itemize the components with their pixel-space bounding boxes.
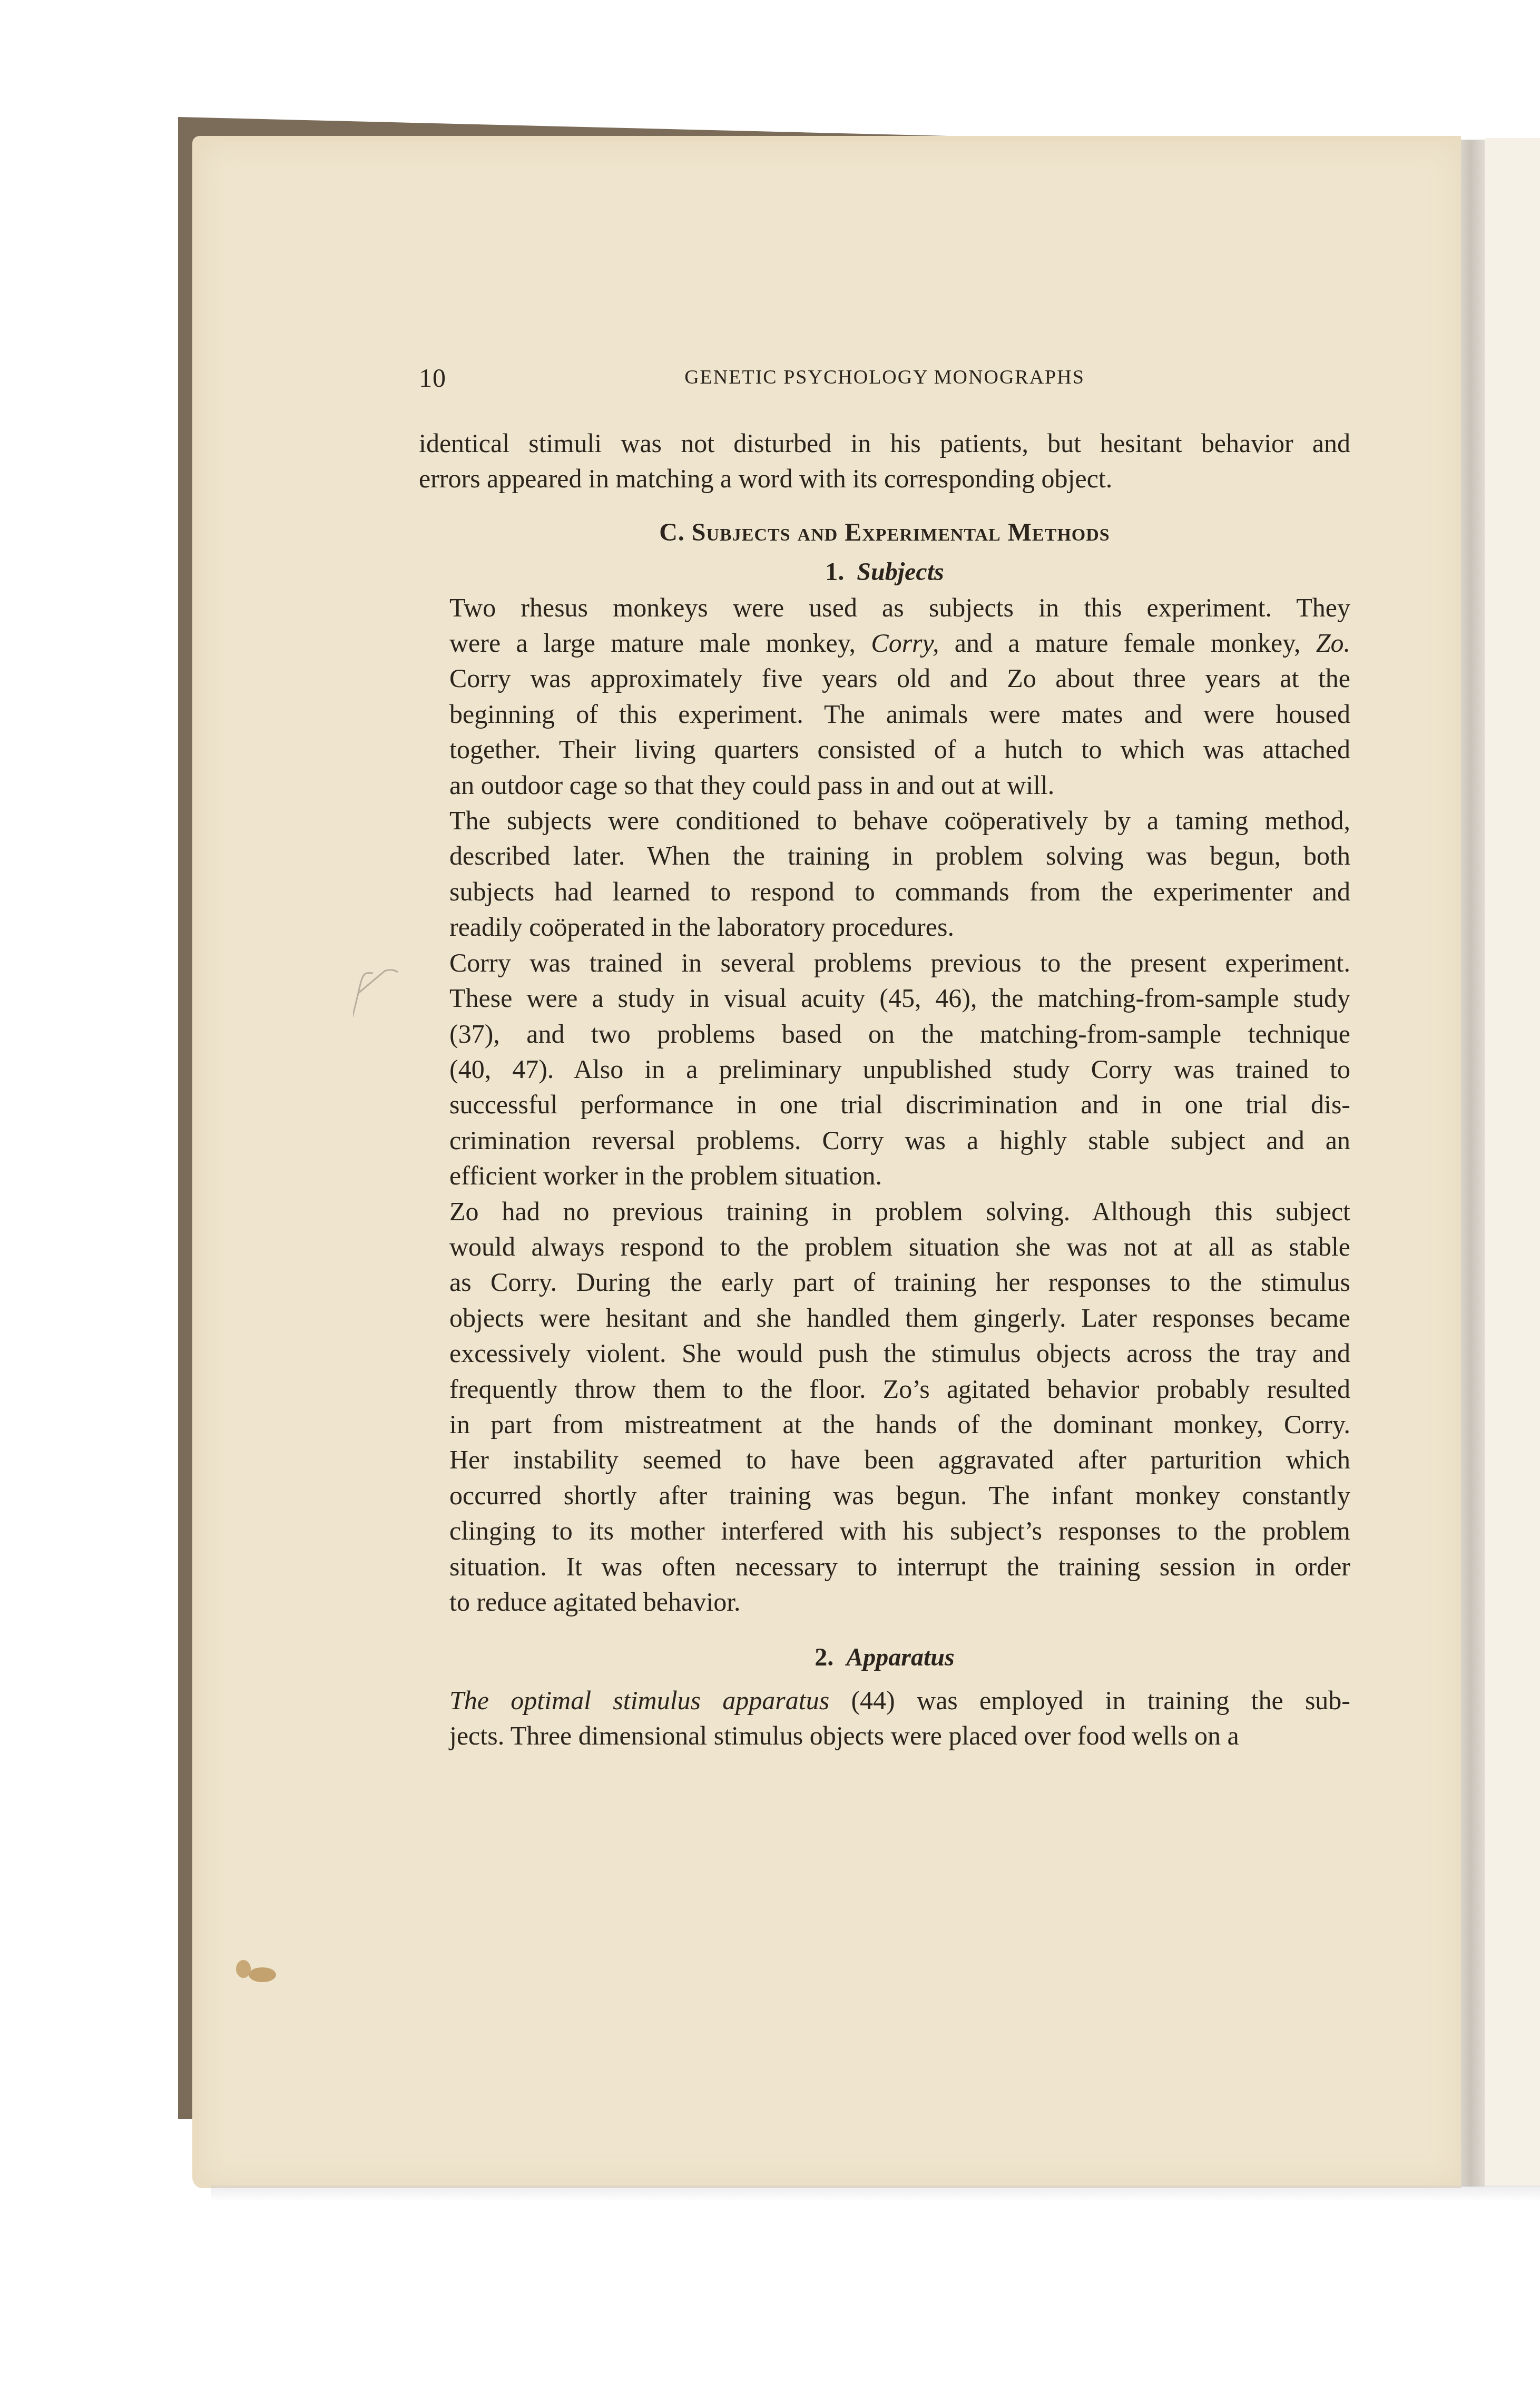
apparatus-paragraphs: The optimal stimulus apparatus (44) was …	[419, 1683, 1350, 1754]
text-line: would always respond to the problem situ…	[419, 1229, 1350, 1265]
intro-paragraph: identical stimuli was not disturbed in h…	[419, 426, 1350, 497]
subsection-heading-subjects: 1. Subjects	[419, 554, 1350, 590]
text-line: The subjects were conditioned to behave …	[419, 803, 1350, 838]
text-line: Zo had no previous training in problem s…	[419, 1194, 1350, 1229]
text-line: successful performance in one trial disc…	[419, 1087, 1350, 1122]
journal-title: GENETIC PSYCHOLOGY MONOGRAPHS	[419, 366, 1350, 389]
page-right-edge	[1485, 138, 1540, 2187]
text-line: as Corry. During the early part of train…	[419, 1265, 1350, 1300]
paragraph: Zo had no previous training in problem s…	[419, 1194, 1350, 1620]
text-line: crimination reversal problems. Corry was…	[419, 1123, 1350, 1158]
subsection-title: Apparatus	[846, 1643, 954, 1671]
text-line: situation. It was often necessary to int…	[419, 1549, 1350, 1584]
text-line: (37), and two problems based on the matc…	[419, 1016, 1350, 1052]
text-line: These were a study in visual acuity (45,…	[419, 981, 1350, 1016]
text-line: readily coöperated in the laboratory pro…	[419, 909, 1350, 945]
text-line: Corry was approximately five years old a…	[419, 661, 1350, 696]
text-line: errors appeared in matching a word with …	[419, 461, 1350, 496]
stain-spot	[232, 1957, 285, 1986]
paragraph: Two rhesus monkeys were used as subjects…	[419, 590, 1350, 803]
text-line: Corry was trained in several problems pr…	[419, 945, 1350, 981]
text-line: identical stimuli was not disturbed in h…	[419, 426, 1350, 461]
text-line: objects were hesitant and she handled th…	[419, 1300, 1350, 1336]
text-line: The optimal stimulus apparatus (44) was …	[419, 1683, 1350, 1718]
text-line: excessively violent. She would push the …	[419, 1336, 1350, 1371]
text-line: Two rhesus monkeys were used as subjects…	[419, 590, 1350, 625]
text-line: an outdoor cage so that they could pass …	[419, 768, 1350, 803]
running-head: 10 GENETIC PSYCHOLOGY MONOGRAPHS	[419, 362, 1350, 394]
subsection-heading-apparatus: 2. Apparatus	[419, 1640, 1350, 1675]
text-line: jects. Three dimensional stimulus object…	[419, 1718, 1350, 1753]
subsection-title: Subjects	[857, 558, 944, 586]
subsection-number: 1.	[825, 558, 844, 586]
paragraph: The subjects were conditioned to behave …	[419, 803, 1350, 945]
binding-gutter-shadow	[1461, 140, 1485, 2187]
text-line: to reduce agitated behavior.	[419, 1584, 1350, 1620]
subjects-paragraphs: Two rhesus monkeys were used as subjects…	[419, 590, 1350, 1620]
text-line: subjects had learned to respond to comma…	[419, 874, 1350, 909]
subsection-number: 2.	[815, 1643, 833, 1671]
text-line: clinging to its mother interfered with h…	[419, 1513, 1350, 1549]
page-bottom-shadow	[211, 2186, 1540, 2201]
paragraph: Corry was trained in several problems pr…	[419, 945, 1350, 1194]
text-line: occurred shortly after training was begu…	[419, 1478, 1350, 1513]
text-line: described later. When the training in pr…	[419, 838, 1350, 874]
text-line: in part from mistreatment at the hands o…	[419, 1407, 1350, 1442]
text-line: beginning of this experiment. The animal…	[419, 697, 1350, 732]
text-line: Her instability seemed to have been aggr…	[419, 1442, 1350, 1477]
text-line: were a large mature male monkey, Corry, …	[419, 625, 1350, 661]
text-line: efficient worker in the problem situatio…	[419, 1158, 1350, 1193]
text-line: frequently throw them to the floor. Zo’s…	[419, 1371, 1350, 1407]
text-line: together. Their living quarters consiste…	[419, 732, 1350, 767]
text-line: (40, 47). Also in a preliminary unpublis…	[419, 1052, 1350, 1087]
body-text: identical stimuli was not disturbed in h…	[419, 426, 1350, 1754]
section-heading: C. Subjects and Experimental Methods	[419, 515, 1350, 550]
paragraph: The optimal stimulus apparatus (44) was …	[419, 1683, 1350, 1754]
